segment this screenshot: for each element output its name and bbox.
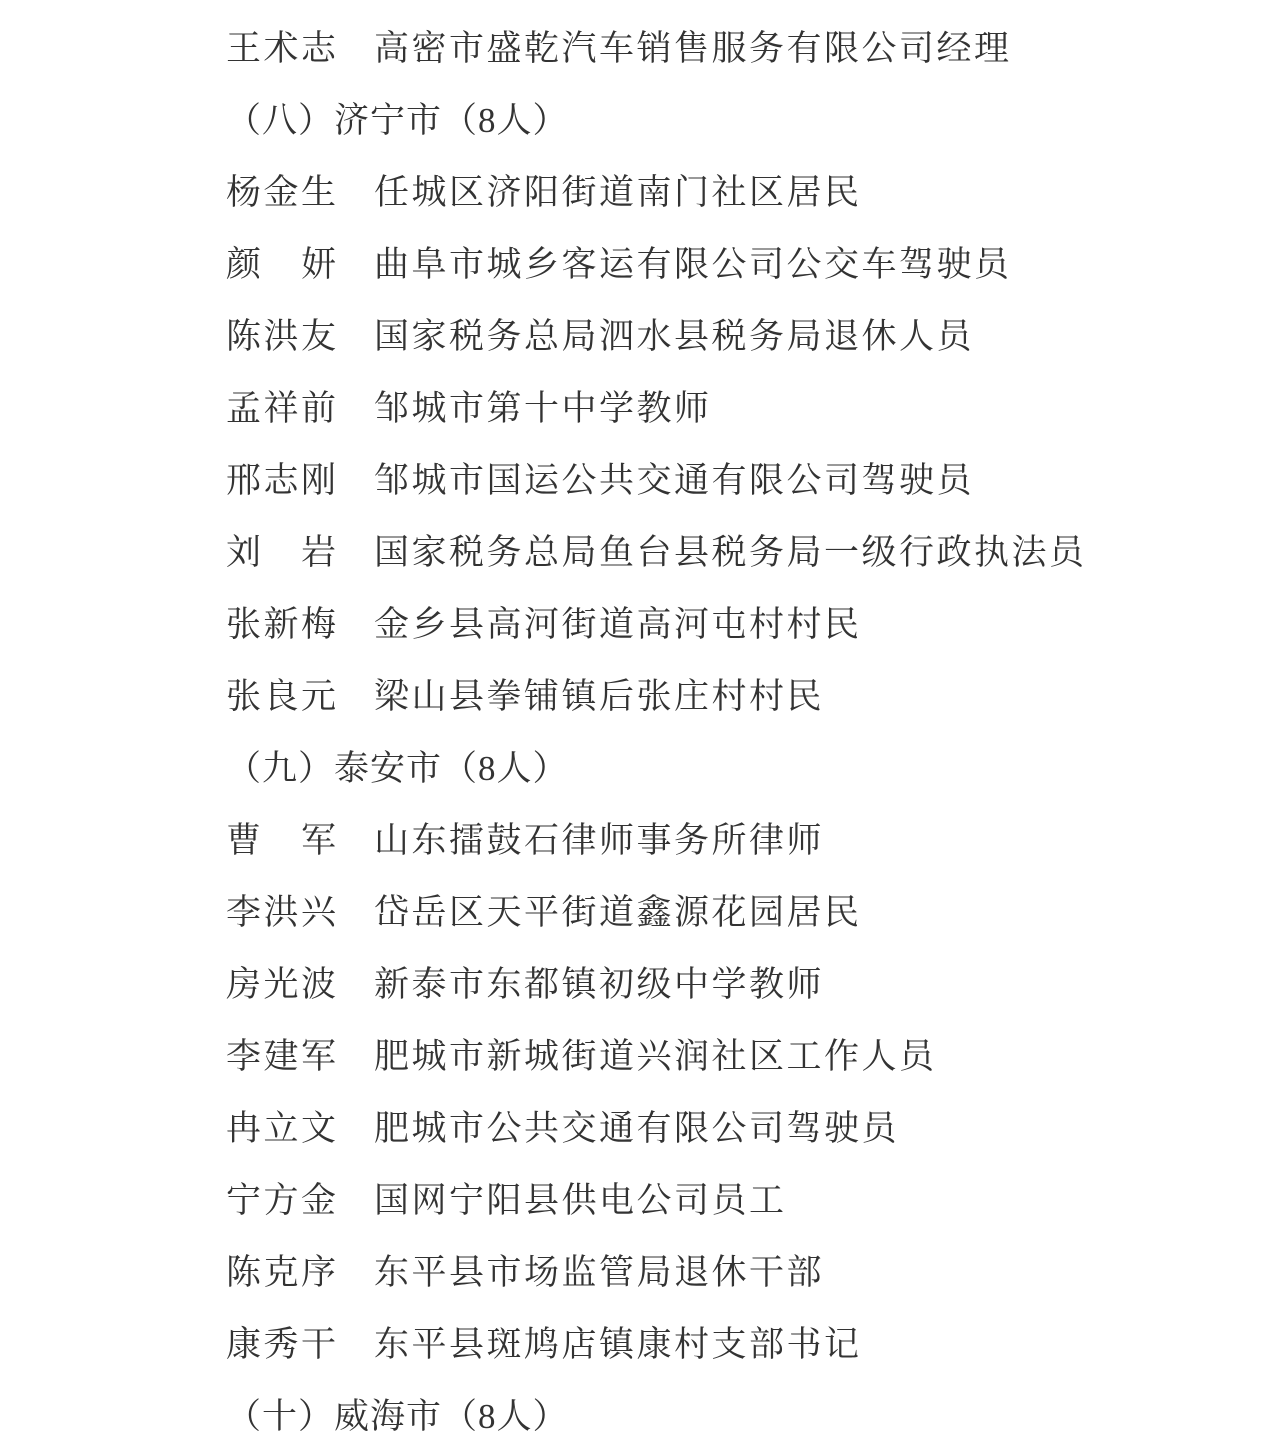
honoree-title: 岱岳区天平街道鑫源花园居民 [374,885,862,935]
honoree-row: 李建军 肥城市新城街道兴润社区工作人员 [226,1018,1280,1090]
section-heading-label: （九）泰安市（8人） [226,741,569,791]
honoree-name: 宁方金 [226,1173,336,1223]
honoree-name: 张良元 [226,669,336,719]
honoree-row: 康秀干 东平县斑鸠店镇康村支部书记 [226,1306,1280,1378]
honoree-name: 邢志刚 [226,453,336,503]
section-heading: （八）济宁市（8人） [226,82,1280,154]
honoree-title: 新泰市东都镇初级中学教师 [374,957,824,1007]
document-page: 王术志 高密市盛乾汽车销售服务有限公司经理 （八）济宁市（8人） 杨金生 任城区… [0,0,1280,1451]
honoree-row: 曹军 山东擂鼓石律师事务所律师 [226,802,1280,874]
honoree-name: 李建军 [226,1029,336,1079]
honoree-name: 陈洪友 [226,309,336,359]
section-heading-label: （八）济宁市（8人） [226,93,569,143]
honoree-title: 东平县斑鸠店镇康村支部书记 [374,1317,862,1367]
section-heading: （十）威海市（8人） [226,1378,1280,1450]
honoree-name: 房光波 [226,957,336,1007]
honoree-title: 国网宁阳县供电公司员工 [374,1173,787,1223]
honoree-name: 孟祥前 [226,381,336,431]
honoree-row: 张良元 梁山县拳铺镇后张庄村村民 [226,658,1280,730]
honoree-row: 王术志 高密市盛乾汽车销售服务有限公司经理 [226,10,1280,82]
honoree-title: 高密市盛乾汽车销售服务有限公司经理 [374,21,1012,71]
honoree-name: 王术志 [226,21,336,71]
honoree-row: 陈克序 东平县市场监管局退休干部 [226,1234,1280,1306]
honoree-name: 曹军 [226,813,336,863]
honoree-row: 李洪兴 岱岳区天平街道鑫源花园居民 [226,874,1280,946]
honoree-title: 任城区济阳街道南门社区居民 [374,165,862,215]
honoree-name: 刘岩 [226,525,336,575]
honoree-row: 颜妍 曲阜市城乡客运有限公司公交车驾驶员 [226,226,1280,298]
honoree-title: 山东擂鼓石律师事务所律师 [374,813,824,863]
honoree-name: 陈克序 [226,1245,336,1295]
honoree-title: 肥城市公共交通有限公司驾驶员 [374,1101,899,1151]
honoree-row: 张新梅 金乡县高河街道高河屯村村民 [226,586,1280,658]
honoree-row: 孟祥前 邹城市第十中学教师 [226,370,1280,442]
document-content: 王术志 高密市盛乾汽车销售服务有限公司经理 （八）济宁市（8人） 杨金生 任城区… [226,10,1280,1450]
honoree-title: 曲阜市城乡客运有限公司公交车驾驶员 [374,237,1012,287]
honoree-title: 邹城市国运公共交通有限公司驾驶员 [374,453,974,503]
honoree-row: 陈洪友 国家税务总局泗水县税务局退休人员 [226,298,1280,370]
honoree-title: 肥城市新城街道兴润社区工作人员 [374,1029,937,1079]
honoree-name: 康秀干 [226,1317,336,1367]
section-heading-label: （十）威海市（8人） [226,1389,569,1439]
honoree-title: 金乡县高河街道高河屯村村民 [374,597,862,647]
honoree-row: 冉立文 肥城市公共交通有限公司驾驶员 [226,1090,1280,1162]
honoree-title: 梁山县拳铺镇后张庄村村民 [374,669,824,719]
honoree-row: 宁方金 国网宁阳县供电公司员工 [226,1162,1280,1234]
honoree-row: 房光波 新泰市东都镇初级中学教师 [226,946,1280,1018]
honoree-row: 杨金生 任城区济阳街道南门社区居民 [226,154,1280,226]
honoree-name: 李洪兴 [226,885,336,935]
honoree-name: 颜妍 [226,237,336,287]
honoree-title: 国家税务总局鱼台县税务局一级行政执法员 [374,525,1087,575]
honoree-name: 冉立文 [226,1101,336,1151]
honoree-title: 国家税务总局泗水县税务局退休人员 [374,309,974,359]
honoree-title: 东平县市场监管局退休干部 [374,1245,824,1295]
section-heading: （九）泰安市（8人） [226,730,1280,802]
honoree-title: 邹城市第十中学教师 [374,381,712,431]
honoree-row: 邢志刚 邹城市国运公共交通有限公司驾驶员 [226,442,1280,514]
honoree-name: 张新梅 [226,597,336,647]
honoree-row: 刘岩 国家税务总局鱼台县税务局一级行政执法员 [226,514,1280,586]
honoree-name: 杨金生 [226,165,336,215]
